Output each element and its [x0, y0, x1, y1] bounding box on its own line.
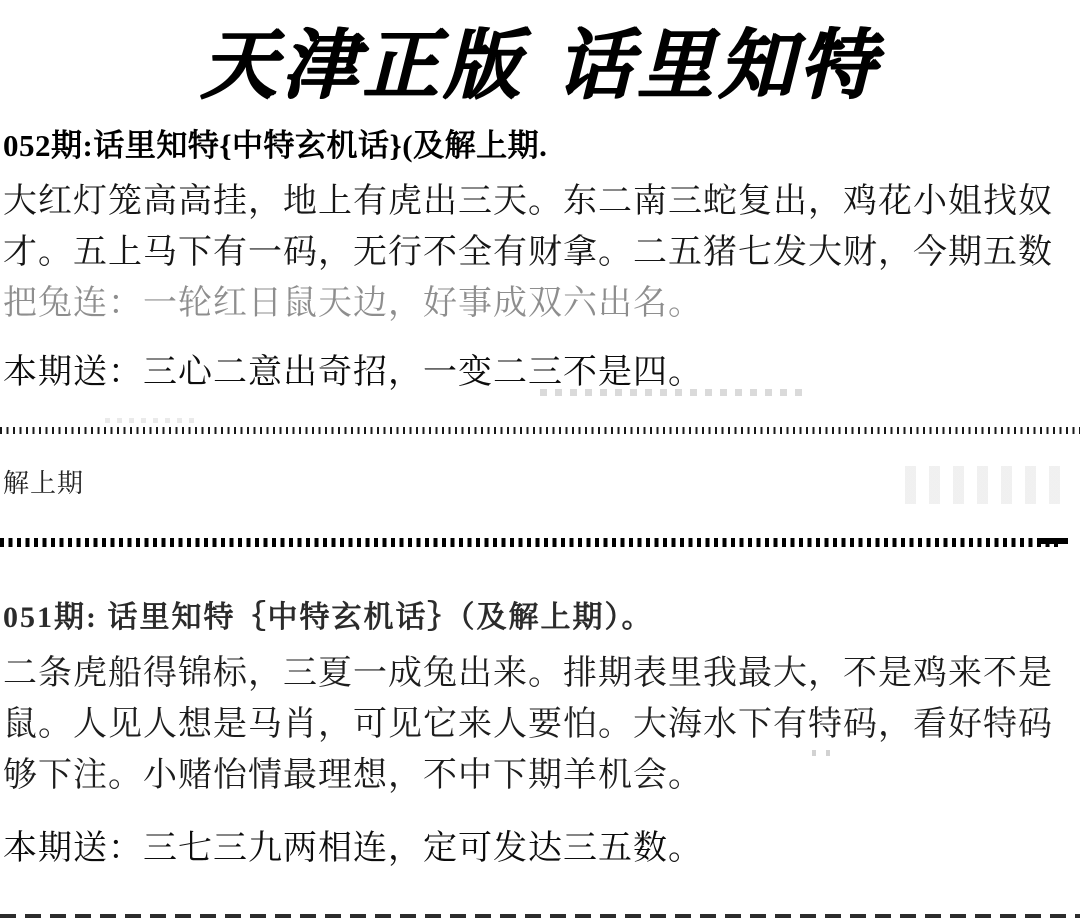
period-052-verse-line-1: 大红灯笼高高挂，地上有虎出三天。东二南三蛇复出，鸡花小姐找奴 — [3, 176, 1080, 227]
bottom-edge-separator — [0, 914, 1080, 918]
jie-shang-qi-label: 解上期 — [3, 463, 84, 500]
period-052-verse-line-2: 才。五上马下有一码，无行不全有财拿。二五猪七发大财，今期五数 — [3, 227, 1080, 278]
period-051-verse-line-1: 二条虎船得锦标，三夏一成兔出来。排期表里我最大，不是鸡来不是 — [3, 648, 1080, 699]
dotted-separator — [0, 427, 1080, 434]
page-title: 天津正版 话里知特 — [0, 4, 1080, 113]
period-051-verse: 二条虎船得锦标，三夏一成兔出来。排期表里我最大，不是鸡来不是 鼠。人见人想是马肖… — [3, 648, 1080, 801]
period-052-verse-line-3: 把兔连：一轮红日鼠天边，好事成双六出名。 — [3, 278, 1080, 329]
period-052-gift-line: 本期送：三心二意出奇招，一变二三不是四。 — [3, 344, 703, 393]
ghost-print-mark — [105, 418, 200, 423]
period-051-heading: 051期: 话里知特｛中特玄机话｝（及解上期）。 — [3, 592, 654, 636]
dashed-separator — [0, 538, 1062, 547]
period-052-heading: 052期:话里知特{中特玄机话}(及解上期. — [3, 120, 547, 165]
dashed-separator-end-dash — [1040, 538, 1068, 544]
period-051-gift-line: 本期送：三七三九两相连，定可发达三五数。 — [3, 820, 703, 869]
period-051-verse-line-3: 够下注。小赌怡情最理想，不中下期羊机会。 — [3, 750, 1080, 801]
period-052-verse: 大红灯笼高高挂，地上有虎出三天。东二南三蛇复出，鸡花小姐找奴 才。五上马下有一码… — [3, 176, 1080, 329]
period-051-verse-line-2: 鼠。人见人想是马肖，可见它来人要怕。大海水下有特码，看好特码 — [3, 699, 1080, 750]
tipsheet-page: 天津正版 话里知特 052期:话里知特{中特玄机话}(及解上期. 大红灯笼高高挂… — [0, 0, 1080, 918]
ghost-print-mark — [905, 466, 1070, 504]
